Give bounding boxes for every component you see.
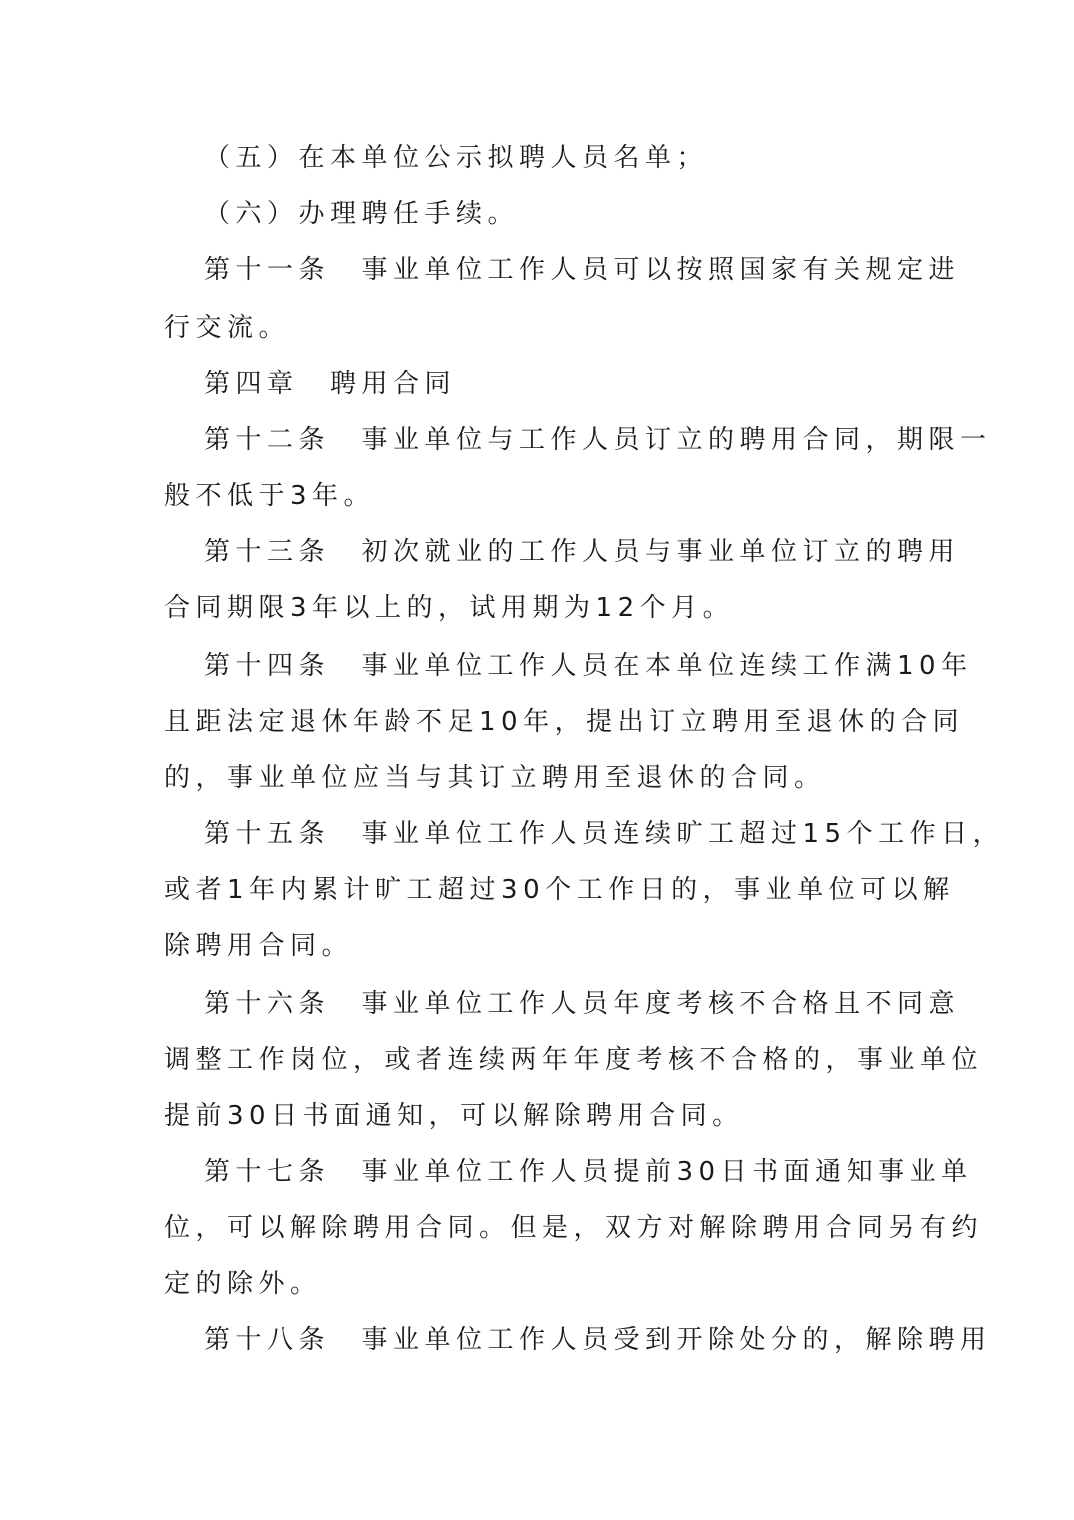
article-14-line-2: 且距法定退休年龄不足10年，提出订立聘用至退休的合同 [164, 706, 964, 738]
document-page: （五）在本单位公示拟聘人员名单； （六）办理聘任手续。 第十一条 事业单位工作人… [0, 0, 1074, 1520]
article-18-line-1: 第十八条 事业单位工作人员受到开除处分的，解除聘用 [204, 1324, 992, 1356]
article-16-line-2: 调整工作岗位，或者连续两年年度考核不合格的，事业单位 [164, 1044, 983, 1076]
article-13-line-2: 合同期限3年以上的，试用期为12个月。 [164, 592, 734, 624]
article-16-line-1: 第十六条 事业单位工作人员年度考核不合格且不同意 [204, 988, 960, 1020]
chapter-4-heading: 第四章 聘用合同 [204, 368, 456, 400]
article-11-line-1: 第十一条 事业单位工作人员可以按照国家有关规定进 [204, 254, 960, 286]
article-14-line-1: 第十四条 事业单位工作人员在本单位连续工作满10年 [204, 650, 973, 682]
article-12-line-2: 般不低于3年。 [164, 480, 375, 512]
article-11-line-2: 行交流。 [164, 312, 290, 344]
article-12-line-1: 第十二条 事业单位与工作人员订立的聘用合同，期限一 [204, 424, 992, 456]
article-15-line-1: 第十五条 事业单位工作人员连续旷工超过15个工作日， [204, 818, 1004, 850]
article-17-line-1: 第十七条 事业单位工作人员提前30日书面通知事业单 [204, 1156, 973, 1188]
article-15-line-3: 除聘用合同。 [164, 930, 353, 962]
article-14-line-3: 的，事业单位应当与其订立聘用至退休的合同。 [164, 762, 826, 794]
article-17-line-2: 位，可以解除聘用合同。但是，双方对解除聘用合同另有约 [164, 1212, 983, 1244]
article-16-line-3: 提前30日书面通知，可以解除聘用合同。 [164, 1100, 744, 1132]
article-15-line-2: 或者1年内累计旷工超过30个工作日的，事业单位可以解 [164, 874, 955, 906]
clause-item-6: （六）办理聘任手续。 [204, 198, 519, 230]
article-17-line-3: 定的除外。 [164, 1268, 322, 1300]
article-13-line-1: 第十三条 初次就业的工作人员与事业单位订立的聘用 [204, 536, 960, 568]
clause-item-5: （五）在本单位公示拟聘人员名单； [204, 142, 708, 174]
